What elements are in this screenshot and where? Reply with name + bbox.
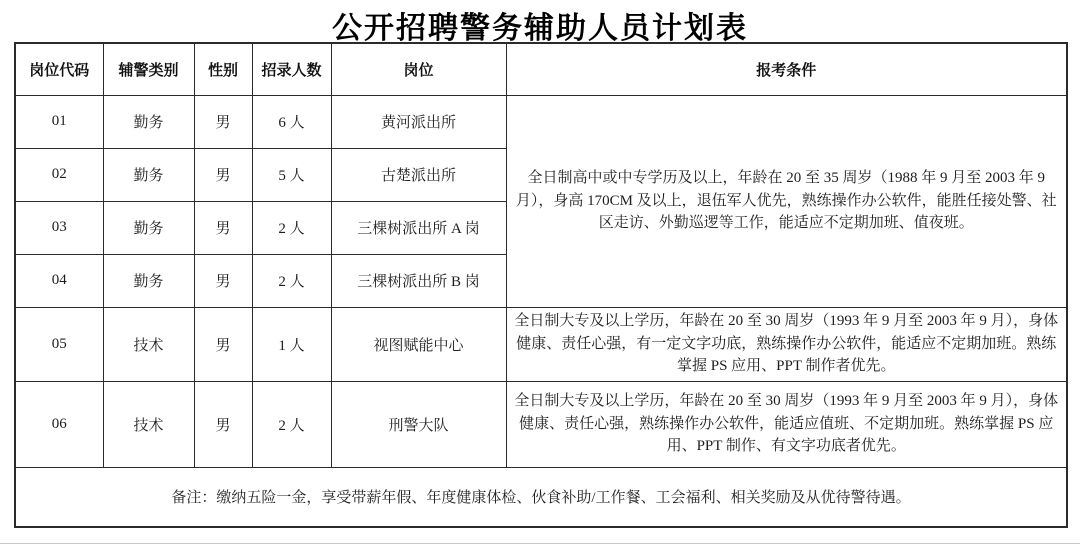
- cell-category: 技术: [103, 307, 194, 381]
- cell-recruit-count: 2 人: [252, 381, 331, 467]
- cell-category: 勤务: [103, 95, 194, 148]
- cell-gender: 男: [194, 381, 252, 467]
- col-header-gender: 性别: [194, 43, 252, 95]
- document-page: 公开招聘警务辅助人员计划表 岗位代码 辅警类别 性别 招录人数 岗位 报考条件 …: [0, 0, 1080, 551]
- recruitment-plan-table: 岗位代码 辅警类别 性别 招录人数 岗位 报考条件 01 勤务 男 6 人 黄河…: [14, 42, 1068, 528]
- cell-category: 勤务: [103, 254, 194, 307]
- col-header-position: 岗位: [331, 43, 506, 95]
- cell-position-code: 01: [15, 95, 103, 148]
- cell-position: 古楚派出所: [331, 148, 506, 201]
- cell-position: 三棵树派出所 B 岗: [331, 254, 506, 307]
- table-row: 06 技术 男 2 人 刑警大队 全日制大专及以上学历，年龄在 20 至 30 …: [15, 381, 1067, 467]
- cell-conditions-rows-01-04: 全日制高中或中专学历及以上，年龄在 20 至 35 周岁（1988 年 9 月至…: [506, 95, 1067, 307]
- cell-position: 黄河派出所: [331, 95, 506, 148]
- cell-recruit-count: 2 人: [252, 201, 331, 254]
- col-header-position-code: 岗位代码: [15, 43, 103, 95]
- table-header-row: 岗位代码 辅警类别 性别 招录人数 岗位 报考条件: [15, 43, 1067, 95]
- col-header-category: 辅警类别: [103, 43, 194, 95]
- col-header-conditions: 报考条件: [506, 43, 1067, 95]
- cell-recruit-count: 2 人: [252, 254, 331, 307]
- page-title: 公开招聘警务辅助人员计划表: [0, 0, 1080, 42]
- cell-position-code: 05: [15, 307, 103, 381]
- col-header-recruit-count: 招录人数: [252, 43, 331, 95]
- cell-gender: 男: [194, 95, 252, 148]
- cell-recruit-count: 5 人: [252, 148, 331, 201]
- cell-category: 勤务: [103, 201, 194, 254]
- cell-gender: 男: [194, 148, 252, 201]
- cell-gender: 男: [194, 201, 252, 254]
- cell-recruit-count: 6 人: [252, 95, 331, 148]
- cell-position-code: 02: [15, 148, 103, 201]
- cell-conditions-row-05: 全日制大专及以上学历，年龄在 20 至 30 周岁（1993 年 9 月至 20…: [506, 307, 1067, 381]
- cell-conditions-row-06: 全日制大专及以上学历，年龄在 20 至 30 周岁（1993 年 9 月至 20…: [506, 381, 1067, 467]
- cell-gender: 男: [194, 307, 252, 381]
- table-row: 01 勤务 男 6 人 黄河派出所 全日制高中或中专学历及以上，年龄在 20 至…: [15, 95, 1067, 148]
- cell-position-code: 04: [15, 254, 103, 307]
- cell-position-code: 03: [15, 201, 103, 254]
- table-row: 05 技术 男 1 人 视图赋能中心 全日制大专及以上学历，年龄在 20 至 3…: [15, 307, 1067, 381]
- cell-position: 三棵树派出所 A 岗: [331, 201, 506, 254]
- cell-position: 视图赋能中心: [331, 307, 506, 381]
- scan-artifact-divider: [0, 543, 1080, 544]
- cell-gender: 男: [194, 254, 252, 307]
- cell-recruit-count: 1 人: [252, 307, 331, 381]
- cell-category: 技术: [103, 381, 194, 467]
- cell-category: 勤务: [103, 148, 194, 201]
- cell-position: 刑警大队: [331, 381, 506, 467]
- cell-position-code: 06: [15, 381, 103, 467]
- footer-note: 备注：缴纳五险一金，享受带薪年假、年度健康体检、伙食补助/工作餐、工会福利、相关…: [15, 467, 1067, 527]
- table-footer-row: 备注：缴纳五险一金，享受带薪年假、年度健康体检、伙食补助/工作餐、工会福利、相关…: [15, 467, 1067, 527]
